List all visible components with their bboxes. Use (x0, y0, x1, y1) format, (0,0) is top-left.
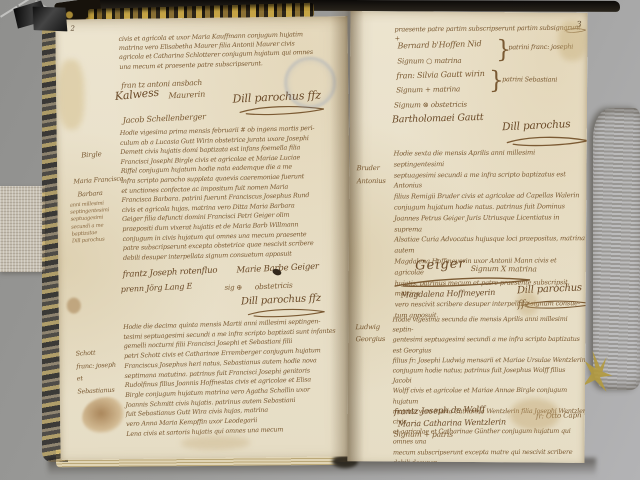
entry1-text: Hodie vigesima prima mensis februarii # … (120, 124, 318, 263)
flourish-swoosh (238, 104, 326, 117)
linen-cloth-right (593, 108, 640, 390)
margin-note-schott: Schott franc: joseph et Sebastianus (75, 346, 117, 398)
entry4-signature-right: fr: Otto Capn (536, 410, 582, 421)
entry1-signature-2: Marie Barbe Geiger (236, 262, 319, 278)
sig-row3-name: fran: Silvia Gautt wirin (396, 68, 485, 82)
sig-row2: Signum ○ matrina (397, 56, 461, 67)
entry4-signature-2: Maria Catharina Wentzlerin (398, 416, 506, 429)
entry1-signature-1: frantz Joseph rotenfluo (122, 266, 217, 282)
left-page: 2 civis et agricola et uxor Maria Kauffm… (55, 16, 352, 460)
stain-blotch (82, 397, 124, 434)
sig-row4: Signum + matrina (396, 84, 460, 95)
gutter-shadow (330, 10, 364, 462)
margin-note-barbara: Barbara (77, 189, 102, 200)
page-number-left: 2 (70, 25, 74, 35)
signature-x-matrina: Signum X matrina (471, 264, 537, 275)
entry2-text: Hodie die decima quinta mensis Martii an… (123, 317, 338, 440)
handwriting-continuation: civis et agricola et uxor Maria Kauffman… (119, 30, 314, 72)
signature-geiger: Geiger (415, 255, 466, 275)
entry4-signature-3: Signum + patris (394, 429, 453, 440)
margin-note-small: anni millesimi septingentesimi septuages… (70, 200, 112, 246)
stain-edge-yellow (58, 59, 85, 129)
entry1-signature-role: obstetricis (255, 281, 293, 293)
stain-spot (67, 298, 81, 314)
margin-note-birgle: Birgle (81, 150, 102, 161)
sig-parochus-top-right: Dill parochus (502, 117, 571, 135)
entry1-signature-3: prenn Jörg Lang E (121, 281, 193, 296)
sig-row1-patrini: patrini franc: josephi (508, 43, 573, 53)
entry4-text: Hodie vigesima secunda die mensis Aprili… (392, 314, 586, 463)
stain-bottom-faint (180, 435, 250, 450)
entry1-signature-symbol: sig ⊕ (225, 284, 243, 294)
right-page: 3 praesente patre partim subscripserunt … (347, 11, 587, 463)
sig-row5: Signum ⊗ obstetricis (394, 100, 467, 111)
margin-note-maria-francisca: Maria Francisca (73, 174, 123, 186)
signature-schellenberger: Jacob Schellenberger (122, 111, 206, 126)
signature-maurerin: Maurerin (168, 89, 205, 102)
flourish-swoosh (520, 299, 587, 311)
sig-row3-patrini: patrini Sebastiani (502, 75, 557, 84)
sig-row1-name: Bernard b'Hoffen Nid (397, 38, 481, 52)
signature-flourish: Kalwess (114, 85, 159, 105)
sig-row6: Bartholomaei Gautt (392, 111, 484, 127)
linen-cloth-left (0, 186, 45, 272)
